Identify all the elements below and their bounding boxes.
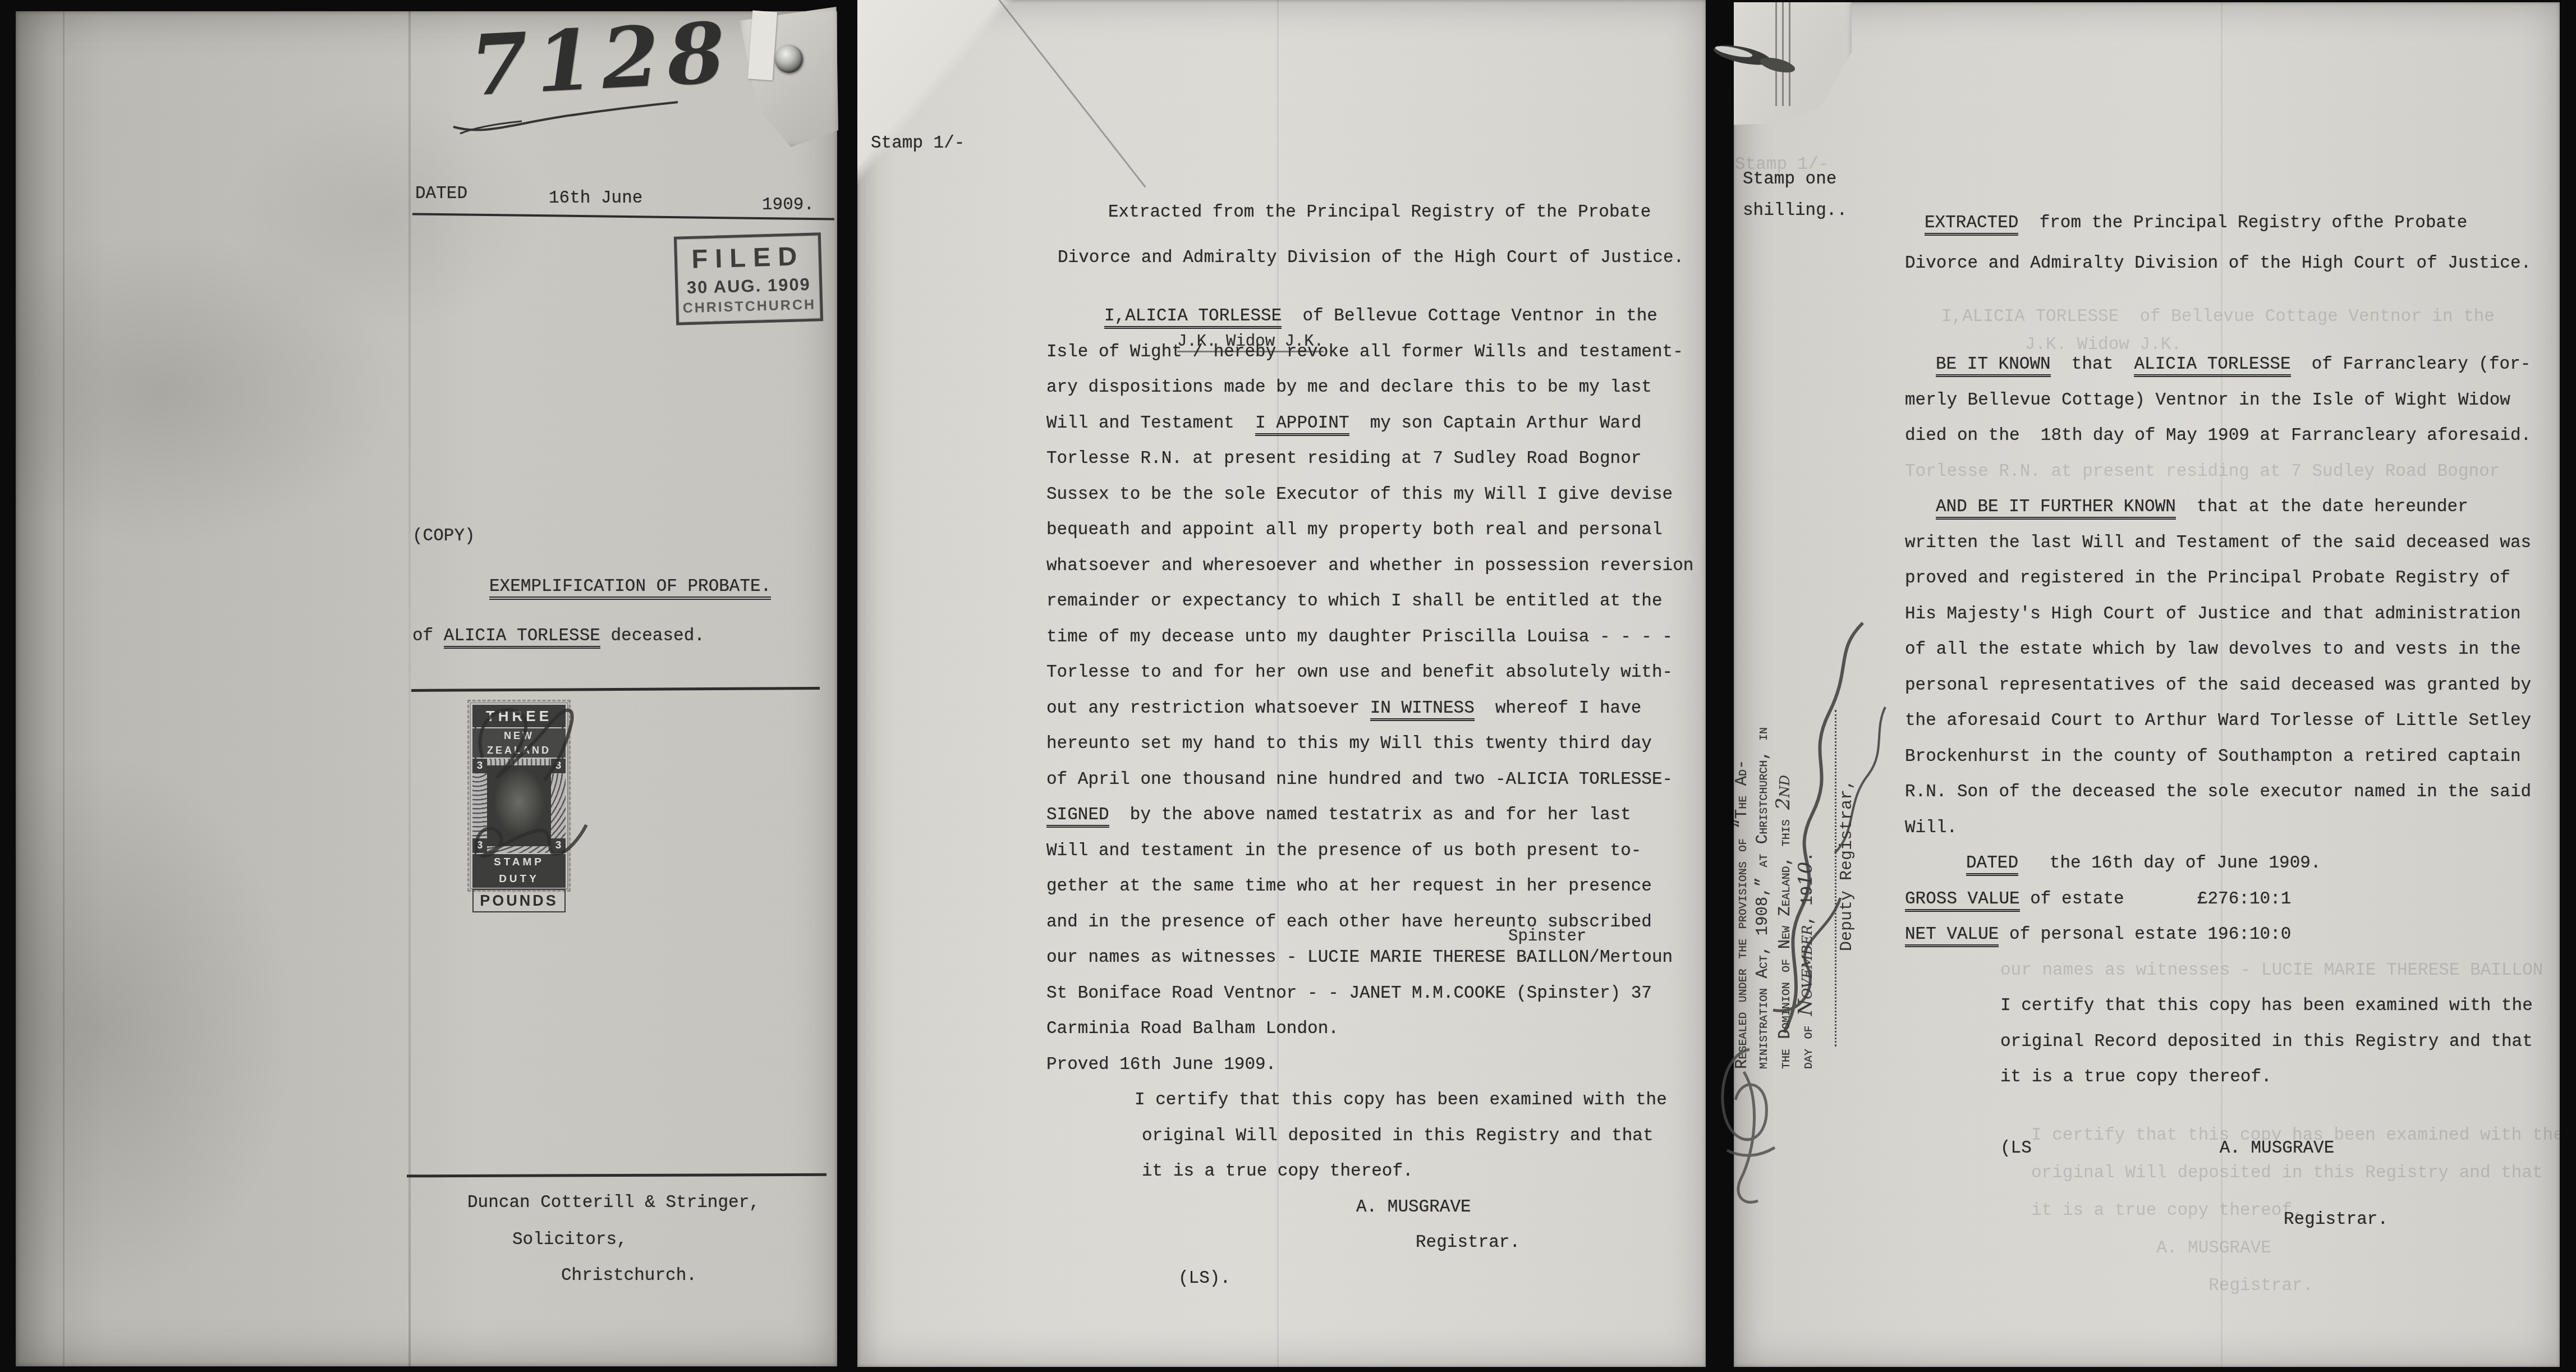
dog-ear-corner [1734, 2, 1852, 129]
interlineation-widow: J.K. Widow J.K. [1177, 332, 1324, 352]
dated-year: 1909. [762, 195, 814, 215]
typed-line: Sussex to be the sole Executor of this m… [1046, 477, 1693, 513]
revenue-stamp-unit-word: POUNDS [472, 889, 566, 912]
typed-line: A. MUSGRAVE [1356, 1190, 1693, 1226]
typed-line: Divorce and Admiralty Division of the Hi… [1058, 235, 1684, 281]
typed-line: original Will deposited in this Registry… [1142, 1118, 1693, 1154]
typed-line: gether at the same time who at her reque… [1046, 869, 1693, 905]
typed-line: of April one thousand nine hundred and t… [1046, 762, 1693, 798]
typed-line: Torlesse R.N. at present residing at 7 S… [1046, 441, 1693, 477]
typed-line: it is a true copy thereof. [2000, 1059, 2543, 1095]
reseal-line-1: Resealed under the provisions of “The Ad… [1732, 637, 1752, 1069]
handwritten-month: November [1794, 925, 1817, 1016]
deputy-registrar-label: Deputy Registrar, [1838, 637, 1857, 951]
typed-line: Divorce and Admiralty Division of the Hi… [1905, 244, 2531, 284]
typed-line: our names as witnesses - LUCIE MARIE THE… [1046, 940, 1693, 976]
margin-rule-line [1775, 2, 1777, 106]
torn-paper-sliver [748, 11, 777, 81]
margin-rule-line [1789, 2, 1790, 106]
typed-line: our names as witnesses - LUCIE MARIE THE… [2000, 953, 2543, 989]
margin-rule-line [1782, 2, 1784, 106]
typed-line: it is a true copy thereof. [2031, 1192, 2564, 1229]
exemplification-title: EXEMPLIFICATION OF PROBATE. [489, 577, 771, 600]
edge-crease [63, 11, 65, 1366]
typed-line: Isle of Wight / hereby revoke all former… [1046, 334, 1693, 370]
revenue-stamp-center: 3 3 3 3 [472, 759, 566, 853]
typed-line: Carminia Road Balham London. [1046, 1011, 1693, 1047]
typed-line: I,ALICIA TORLESSE of Bellevue Cottage Ve… [1104, 299, 1693, 334]
dated-value: 16th June [549, 189, 642, 208]
typed-line: Will. [1905, 810, 2543, 846]
typed-line: bequeath and appoint all my property bot… [1046, 512, 1693, 548]
typed-line: GROSS VALUE of estate £276:10:1 [1905, 882, 2543, 917]
typed-line: I,ALICIA TORLESSE of Bellevue Cottage Ve… [1941, 303, 2495, 331]
revenue-stamp-numeral: 3 [472, 838, 487, 853]
signature-rule [1835, 710, 1836, 1047]
typed-line: whatsoever and wheresoever and whether i… [1046, 548, 1693, 584]
copy-note: (COPY) [412, 526, 475, 546]
typed-line: of all the estate which by law devolves … [1905, 632, 2543, 668]
typed-line: time of my decease unto my daughter Pris… [1046, 620, 1693, 655]
solicitor-role: Solicitors, [512, 1230, 627, 1250]
typed-line: DATED the 16th day of June 1909. [1966, 846, 2543, 882]
handwritten-year: 10 [1794, 862, 1817, 886]
filed-stamp-place: CHRISTCHURCH [678, 296, 820, 316]
filed-stamp-date: 30 AUG. 1909 [678, 274, 820, 298]
reseal-line-3: the Dominion of New Zealand, this 2nd [1773, 637, 1796, 1069]
filed-stamp-word: FILED [677, 240, 819, 275]
typed-line: (LS). [1178, 1261, 1693, 1297]
revenue-stamp-country: NEW ZEALAND [472, 728, 566, 758]
reseal-line-4: day of November, 1910. [1796, 637, 1818, 1069]
typed-line: and in the presence of each other have h… [1046, 905, 1693, 940]
stamp-shilling-note: Stamp oneshilling.. [1743, 164, 1847, 227]
handwritten-file-number: 7128 [468, 3, 735, 114]
typed-line: EXTRACTED from the Principal Registry of… [1925, 203, 2531, 244]
bleed-through-text-bottom: I certify that this copy has been examin… [2031, 1117, 2564, 1305]
probate-body-text: BE IT KNOWN that ALICIA TORLESSE of Farr… [1905, 347, 2543, 1238]
typed-line: Torlesse to and for her own use and bene… [1046, 655, 1693, 691]
revenue-stamp: THREE NEW ZEALAND 3 3 3 3 STAMP DUTY POU… [470, 703, 568, 889]
typed-line: BE IT KNOWN that ALICIA TORLESSE of Farr… [1936, 347, 2543, 383]
revenue-stamp-numeral: 3 [551, 838, 566, 853]
typed-line: Will and testament in the presence of us… [1046, 833, 1693, 869]
typed-line: R.N. Son of the deceased the sole execut… [1905, 774, 2543, 810]
revenue-stamp-numeral: 3 [472, 759, 487, 773]
fold-crease-line [997, 0, 1146, 188]
typed-line: died on the 18th day of May 1909 at Farr… [1905, 418, 2543, 454]
typed-line: original Will deposited in this Registry… [2031, 1154, 2564, 1192]
typed-line: hereunto set my hand to this my Will thi… [1046, 726, 1693, 762]
typed-line: His Majesty's High Court of Justice and … [1905, 596, 2543, 632]
deceased-line: of ALICIA TORLESSE deceased. [412, 626, 705, 646]
typed-line: proved and registered in the Principal P… [1905, 561, 2543, 596]
typed-line: Registrar. [2031, 1267, 2564, 1305]
typed-line: written the last Will and Testament of t… [1905, 525, 2543, 561]
typed-line: the aforesaid Court to Arthur Ward Torle… [1905, 703, 2543, 739]
typed-line: remainder or expectancy to which I shall… [1046, 584, 1693, 620]
spine-fold-crease [408, 11, 411, 1366]
solicitor-city: Christchurch. [561, 1266, 697, 1286]
solicitor-firm-name: Duncan Cotterill & Stringer, [467, 1193, 760, 1213]
document-scan: 7128 DATED 16th June 1909. FILED 30 AUG.… [0, 0, 2576, 1372]
revenue-stamp-duty-label: STAMP DUTY [472, 854, 566, 888]
stamp-duty-note: Stamp 1/- [871, 134, 965, 153]
typed-line: it is a true copy thereof. [1142, 1154, 1693, 1190]
typed-line: Registrar. [1416, 1225, 1693, 1261]
typed-line: SIGNED by the above named testatrix as a… [1046, 797, 1693, 833]
handwritten-day: 2nd [1772, 775, 1794, 810]
typed-line: Brockenhurst in the county of Southampto… [1905, 739, 2543, 775]
extract-heading: Extracted from the Principal Registry of… [1058, 190, 1684, 281]
typed-line: Will and Testament I APPOINT my son Capt… [1046, 406, 1693, 442]
typed-line: I certify that this copy has been examin… [2031, 1117, 2564, 1154]
typed-line: personal representatives of the said dec… [1905, 668, 2543, 704]
interlineation-spinster: Spinster [1508, 927, 1586, 946]
extracted-heading: EXTRACTED from the Principal Registry of… [1905, 203, 2531, 284]
typed-line: NET VALUE of personal estate 196:10:0 [1905, 917, 2543, 953]
typed-line: merly Bellevue Cottage) Ventnor in the I… [1905, 383, 2543, 419]
typed-line: out any restriction whatsoever IN WITNES… [1046, 691, 1693, 727]
typed-line: Proved 16th June 1909. [1046, 1047, 1693, 1083]
typed-line: Extracted from the Principal Registry of… [1108, 190, 1684, 235]
typed-line: Torlesse R.N. at present residing at 7 S… [1905, 454, 2543, 490]
dated-label: DATED [415, 184, 467, 204]
typed-line: ary dispositions made by me and declare … [1046, 370, 1693, 406]
typed-line: original Record deposited in this Regist… [2000, 1024, 2543, 1060]
queen-portrait [487, 765, 551, 846]
typed-line: St Boniface Road Ventnor - - JANET M.M.C… [1046, 976, 1693, 1012]
reseal-endorsement: Resealed under the provisions of “The Ad… [1732, 637, 1873, 1069]
typed-line: I certify that this copy has been examin… [2000, 988, 2543, 1024]
filed-rubber-stamp: FILED 30 AUG. 1909 CHRISTCHURCH [674, 232, 823, 325]
reseal-line-2: ministration Act, 1908,” at Christchurch… [1752, 637, 1773, 1069]
typed-line: AND BE IT FURTHER KNOWN that at the date… [1936, 489, 2543, 525]
brass-fastener-icon [775, 45, 803, 73]
revenue-stamp-value-word: THREE [472, 705, 566, 727]
revenue-stamp-numeral: 3 [551, 759, 566, 773]
will-body-text: I,ALICIA TORLESSE of Bellevue Cottage Ve… [1046, 299, 1693, 1296]
typed-line: I certify that this copy has been examin… [1135, 1082, 1693, 1118]
typed-line: A. MUSGRAVE [2031, 1229, 2564, 1267]
folded-corner [857, 0, 1014, 185]
